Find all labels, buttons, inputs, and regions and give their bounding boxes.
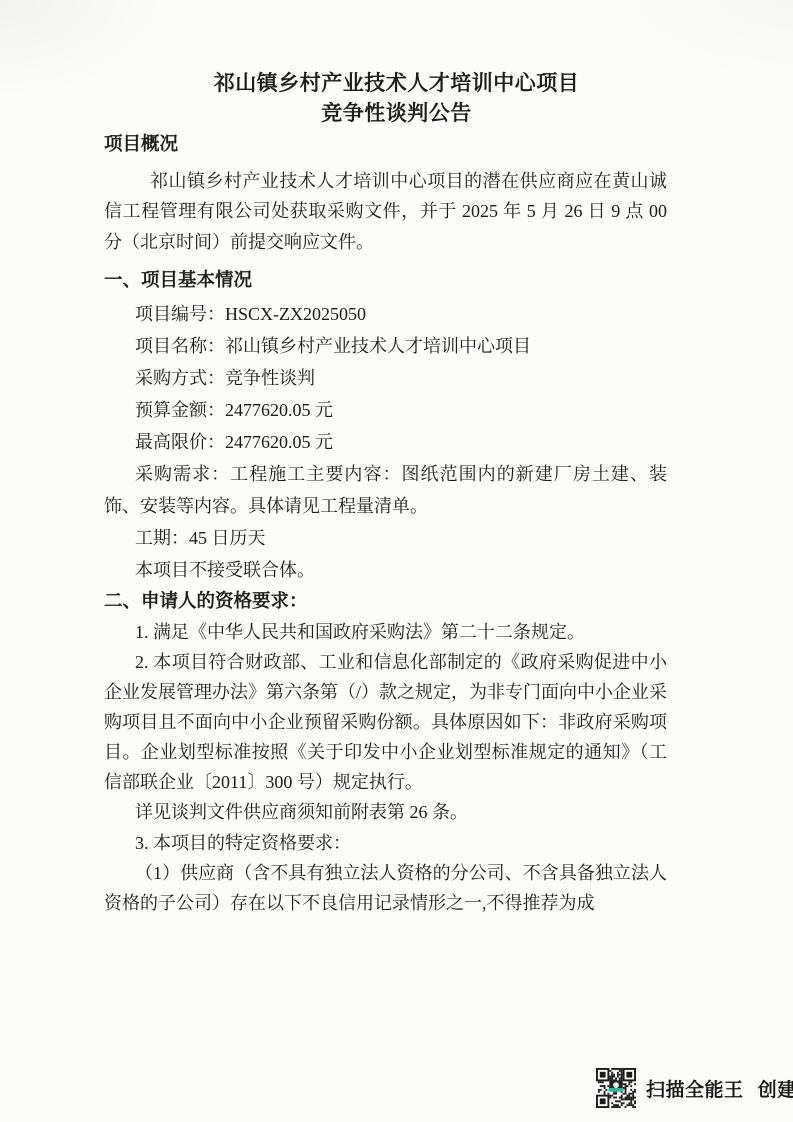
- text-line: 1. 满足《中华人民共和国政府采购法》第二十二条规定。: [104, 617, 667, 647]
- camscanner-watermark-label: 扫描全能王 创建: [646, 1075, 793, 1102]
- scanned-document-page: 祁山镇乡村产业技术人才培训中心项目 竞争性谈判公告 项目概况 祁山镇乡村产业技术…: [0, 0, 793, 1122]
- title-block: 祁山镇乡村产业技术人才培训中心项目 竞争性谈判公告: [104, 68, 667, 128]
- text-line: 3. 本项目的特定资格要求：: [104, 828, 667, 858]
- section2-heading: 二、申请人的资格要求：: [104, 586, 667, 617]
- text-line: 最高限价：2477620.05 元: [104, 426, 667, 458]
- text-line: 项目编号：HSCX-ZX2025050: [104, 298, 667, 330]
- text-line: 采购方式：竞争性谈判: [104, 362, 667, 394]
- qr-code-icon: [596, 1068, 636, 1108]
- document-title: 祁山镇乡村产业技术人才培训中心项目: [126, 68, 667, 98]
- camscanner-watermark: 扫描全能王 创建: [596, 1068, 793, 1108]
- text-line: 详见谈判文件供应商须知前附表第 26 条。: [104, 797, 667, 827]
- text-line: 本项目不接受联合体。: [104, 554, 667, 586]
- text-line: 2. 本项目符合财政部、工业和信息化部制定的《政府采购促进中小企业发展管理办法》…: [104, 647, 667, 797]
- overview-heading: 项目概况: [104, 129, 667, 160]
- section1-lines: 项目编号：HSCX-ZX2025050项目名称：祁山镇乡村产业技术人才培训中心项…: [104, 298, 667, 586]
- document-subtitle: 竞争性谈判公告: [126, 98, 667, 128]
- text-line: （1）供应商（含不具有独立法人资格的分公司、不含具备独立法人资格的子公司）存在以…: [104, 858, 667, 918]
- overview-paragraph: 祁山镇乡村产业技术人才培训中心项目的潜在供应商应在黄山诚信工程管理有限公司处获取…: [104, 166, 667, 257]
- text-line: 工期：45 日历天: [104, 522, 667, 554]
- section1-heading: 一、项目基本情况: [104, 265, 667, 296]
- text-line: 采购需求：工程施工主要内容：图纸范围内的新建厂房土建、装饰、安装等内容。具体请见…: [104, 458, 667, 522]
- section2-paragraphs: 1. 满足《中华人民共和国政府采购法》第二十二条规定。2. 本项目符合财政部、工…: [104, 617, 667, 918]
- text-line: 项目名称：祁山镇乡村产业技术人才培训中心项目: [104, 330, 667, 362]
- text-line: 预算金额：2477620.05 元: [104, 394, 667, 426]
- document-content: 祁山镇乡村产业技术人才培训中心项目 竞争性谈判公告 项目概况 祁山镇乡村产业技术…: [104, 68, 667, 918]
